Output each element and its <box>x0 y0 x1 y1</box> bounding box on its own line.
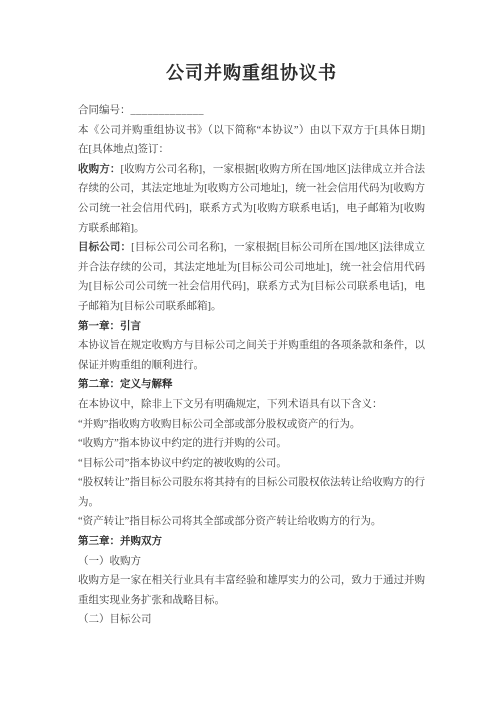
chapter-2-heading: 第二章：定义与解释 <box>78 375 425 395</box>
contract-number-line: 合同编号：_____________ <box>78 101 425 121</box>
party-acquirer-label: 收购方： <box>78 164 121 175</box>
chapter-3-heading: 第三章：并购双方 <box>78 532 425 552</box>
definition-target-company: “目标公司”指本协议中约定的被收购的公司。 <box>78 454 425 474</box>
document-title: 公司并购重组协议书 <box>78 59 425 87</box>
definition-merger: “并购”指收购方收购目标公司全部或部分股权或资产的行为。 <box>78 415 425 435</box>
party-target-label: 目标公司： <box>78 242 131 253</box>
intro-paragraph: 本《公司并购重组协议书》（以下简称“本协议”）由以下双方于[具体日期]在[具体地… <box>78 121 425 160</box>
chapter-1-paragraph: 本协议旨在规定收购方与目标公司之间关于并购重组的各项条款和条件，以保证并购重组的… <box>78 336 425 375</box>
chapter-3-item-1-subheading: （一）收购方 <box>78 552 425 572</box>
contract-number-label: 合同编号： <box>78 105 131 116</box>
party-acquirer-text: [收购方公司名称]，一家根据[收购方所在国/地区]法律成立并合法存续的公司，其法… <box>78 164 425 234</box>
document-page: 公司并购重组协议书 合同编号：_____________ 本《公司并购重组协议书… <box>0 0 500 707</box>
contract-number-blank: _____________ <box>131 105 204 116</box>
chapter-2-intro-paragraph: 在本协议中，除非上下文另有明确规定，下列术语具有以下含义： <box>78 395 425 415</box>
party-target-text: [目标公司公司名称]，一家根据[目标公司所在国/地区]法律成立并合法存续的公司，… <box>78 242 425 312</box>
chapter-3-item-2-subheading: （二）目标公司 <box>78 610 425 630</box>
definition-acquirer: “收购方”指本协议中约定的进行并购的公司。 <box>78 434 425 454</box>
chapter-1-heading: 第一章：引言 <box>78 317 425 337</box>
definition-equity-transfer: “股权转让”指目标公司股东将其持有的目标公司股权依法转让给收购方的行为。 <box>78 473 425 512</box>
party-acquirer-paragraph: 收购方：[收购方公司名称]，一家根据[收购方所在国/地区]法律成立并合法存续的公… <box>78 160 425 238</box>
party-target-paragraph: 目标公司：[目标公司公司名称]，一家根据[目标公司所在国/地区]法律成立并合法存… <box>78 238 425 316</box>
definition-asset-transfer: “资产转让”指目标公司将其全部或部分资产转让给收购方的行为。 <box>78 512 425 532</box>
chapter-3-acquirer-paragraph: 收购方是一家在相关行业具有丰富经验和雄厚实力的公司，致力于通过并购重组实现业务扩… <box>78 571 425 610</box>
